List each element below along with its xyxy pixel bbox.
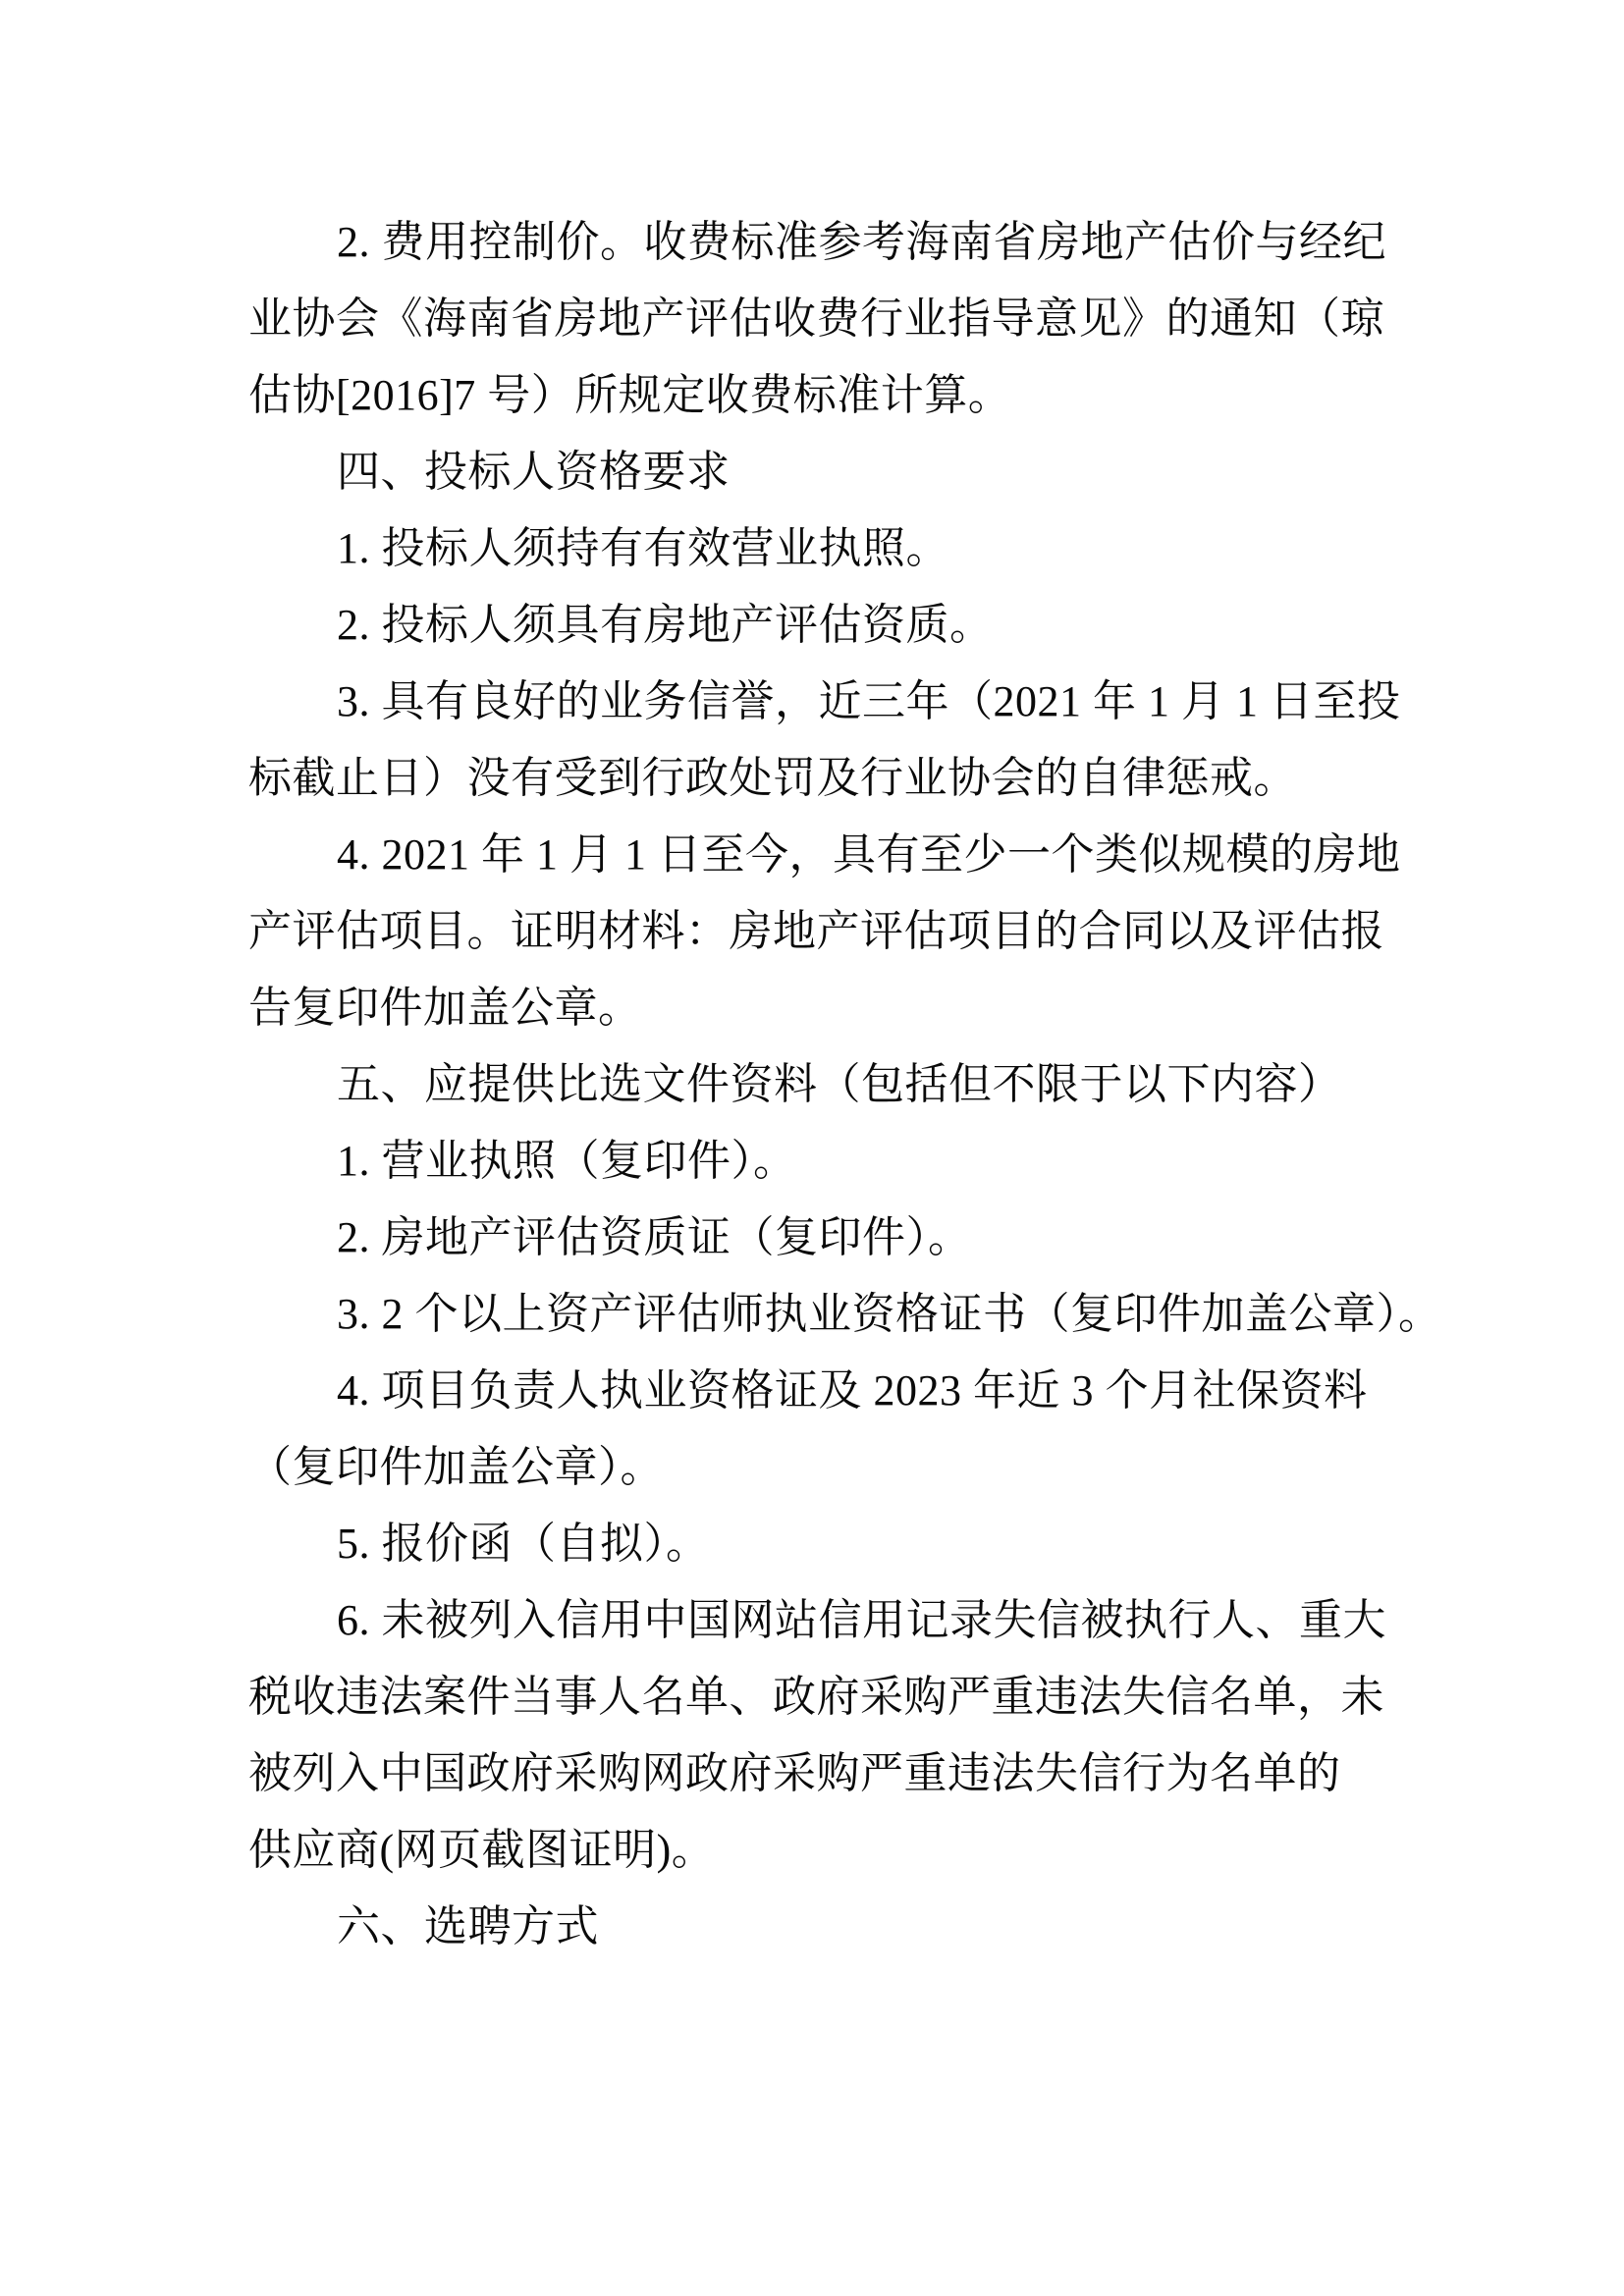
text-line: 产评估项目。证明材料：房地产评估项目的合同以及评估报 [248, 893, 1382, 970]
text-line: 标截止日）没有受到行政处罚及行业协会的自律惩戒。 [248, 740, 1382, 817]
text-line: 2. 费用控制价。收费标准参考海南省房地产估价与经纪 [248, 204, 1382, 281]
text-line: 5. 报价函（自拟）。 [248, 1506, 1382, 1582]
text-line: 2. 投标人须具有房地产评估资质。 [248, 587, 1382, 664]
document-page: 2. 费用控制价。收费标准参考海南省房地产估价与经纪业协会《海南省房地产评估收费… [0, 0, 1624, 2296]
document-body: 2. 费用控制价。收费标准参考海南省房地产估价与经纪业协会《海南省房地产评估收费… [248, 204, 1382, 1965]
text-line: （复印件加盖公章）。 [248, 1429, 1382, 1506]
text-line: 4. 项目负责人执业资格证及 2023 年近 3 个月社保资料 [248, 1353, 1382, 1429]
text-line: 3. 2 个以上资产评估师执业资格证书（复印件加盖公章）。 [248, 1276, 1382, 1353]
text-line: 五、应提供比选文件资料（包括但不限于以下内容） [248, 1046, 1382, 1123]
text-line: 业协会《海南省房地产评估收费行业指导意见》的通知（琼 [248, 281, 1382, 357]
text-line: 1. 营业执照（复印件）。 [248, 1123, 1382, 1200]
text-line: 1. 投标人须持有有效营业执照。 [248, 510, 1382, 587]
text-line: 6. 未被列入信用中国网站信用记录失信被执行人、重大 [248, 1582, 1382, 1659]
text-line: 被列入中国政府采购网政府采购严重违法失信行为名单的 [248, 1735, 1382, 1812]
text-line: 供应商(网页截图证明)。 [248, 1812, 1382, 1889]
text-line: 六、选聘方式 [248, 1889, 1382, 1965]
text-line: 4. 2021 年 1 月 1 日至今，具有至少一个类似规模的房地 [248, 817, 1382, 893]
text-line: 估协[2016]7 号）所规定收费标准计算。 [248, 357, 1382, 434]
text-line: 3. 具有良好的业务信誉，近三年（2021 年 1 月 1 日至投 [248, 664, 1382, 740]
text-line: 四、投标人资格要求 [248, 434, 1382, 510]
text-line: 税收违法案件当事人名单、政府采购严重违法失信名单，未 [248, 1659, 1382, 1735]
text-line: 2. 房地产评估资质证（复印件）。 [248, 1200, 1382, 1276]
text-line: 告复印件加盖公章。 [248, 970, 1382, 1046]
